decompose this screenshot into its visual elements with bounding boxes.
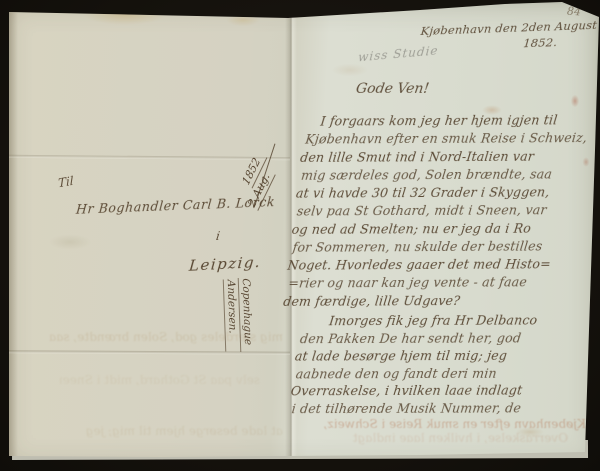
letter-line: og ned ad Smelten; nu er jeg da i Ro bbox=[291, 219, 578, 238]
bleed-through-ghost: at lade besørge hjem til mig; jeg bbox=[14, 424, 284, 438]
letter-line: at lade besørge hjem til mig; jeg bbox=[294, 347, 534, 365]
filing-origin-sender: Andersen. bbox=[223, 279, 241, 351]
bleed-through-ghost: Kjøbenhavn efter en smuk Reise i Schweiz… bbox=[299, 417, 587, 431]
horizontal-crease-lower bbox=[8, 350, 290, 354]
letter-scan-photo: mig særdeles god, Solen brændte, saa sel… bbox=[0, 0, 600, 471]
letter-line: den Pakken De har sendt her, god bbox=[299, 329, 536, 347]
vertical-fold-crease bbox=[285, 14, 297, 456]
letter-line: i det tilhørende Musik Nummer, de bbox=[291, 400, 528, 418]
address-preposition: i bbox=[215, 229, 221, 243]
filing-date-year: 1852 bbox=[240, 150, 268, 189]
address-city: Leipzig. bbox=[188, 253, 262, 275]
dateline: Kjøbenhavn den 2den August 1852. bbox=[419, 17, 598, 55]
letter-line: Noget. Hvorledes gaaer det med Histo= bbox=[287, 255, 574, 274]
filing-origin-annotation: Copenhague Andersen. bbox=[223, 277, 256, 352]
letter-line: selv paa St Gothard, midt i Sneen, var bbox=[296, 201, 580, 220]
letter-line: aabnede den og fandt deri min bbox=[295, 364, 532, 382]
dateline-year: 1852. bbox=[523, 33, 597, 52]
bleed-through-ghost: mig særdeles god, Solen brændte, saa bbox=[14, 330, 284, 344]
paper-left-edge-shade bbox=[9, 12, 18, 456]
bleed-through-ghost: selv paa St Gothard, midt i Sneen, var bbox=[59, 373, 261, 387]
address-prefix: Til bbox=[58, 174, 74, 191]
pen-flourish-stroke bbox=[255, 144, 275, 203]
letter-line: I forgaars kom jeg her hjem igjen til bbox=[319, 111, 590, 130]
letter-body-paragraph-2: Imorges fik jeg fra Hr Delbanco den Pakk… bbox=[288, 312, 539, 418]
letter-line: =rier og naar kan jeg vente - at faae bbox=[287, 273, 571, 292]
pencil-annotation: wiss Studie bbox=[358, 43, 440, 64]
filing-date-annotation: 1852 2 Aug. bbox=[234, 143, 283, 208]
filing-origin-place: Copenhague bbox=[238, 278, 256, 352]
letter-line: den lille Smut ind i Nord-Italien var bbox=[299, 147, 586, 166]
letter-line: dem færdige, lille Udgave? bbox=[282, 291, 569, 310]
horizontal-crease-upper bbox=[8, 155, 290, 160]
address-recipient: Hr Boghandler Carl B. Lorck bbox=[75, 194, 275, 217]
salutation: Gode Ven! bbox=[355, 81, 430, 97]
letter-line: Overraskelse, i hvilken laae indlagt bbox=[290, 382, 530, 400]
dateline-place-date: Kjøbenhavn den 2den August bbox=[420, 18, 598, 38]
letter-paper: mig særdeles god, Solen brændte, saa sel… bbox=[0, 0, 600, 471]
letter-line: for Sommeren, nu skulde der bestilles bbox=[292, 237, 576, 256]
filing-date-day: 2 Aug. bbox=[245, 167, 275, 211]
letter-line: at vi havde 30 til 32 Grader i Skyggen, bbox=[295, 183, 582, 202]
letter-line: Kjøbenhavn efter en smuk Reise i Schweiz… bbox=[304, 129, 588, 148]
bleed-through-ghost: Overraskelse, i hvilken laae indlagt bbox=[329, 431, 569, 445]
archive-page-number: 84 bbox=[567, 5, 582, 19]
letter-line: mig særdeles god, Solen brændte, saa bbox=[300, 165, 584, 184]
letter-line: Imorges fik jeg fra Hr Delbanco bbox=[328, 312, 538, 330]
letter-body-paragraph-1: I forgaars kom jeg her hjem igjen til Kj… bbox=[282, 111, 590, 310]
